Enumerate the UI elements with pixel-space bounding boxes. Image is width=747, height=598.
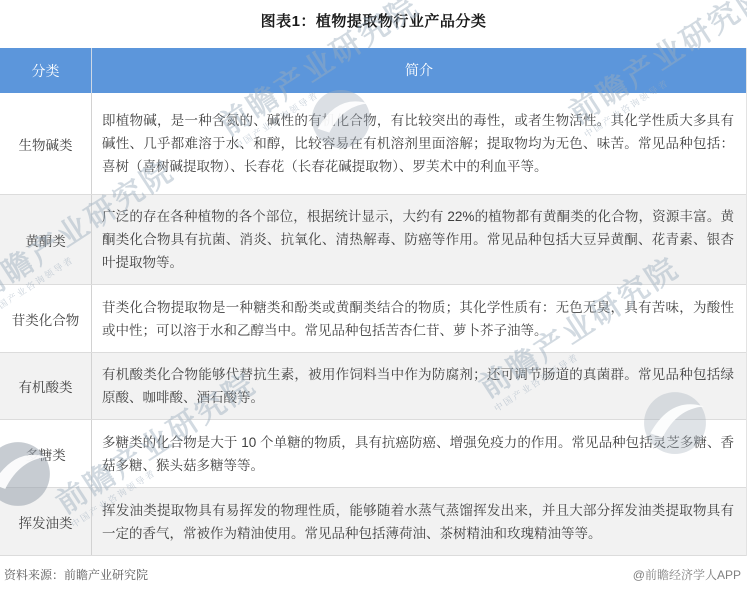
- footer: 资料来源：前瞻产业研究院 @前瞻经济学人APP: [0, 556, 747, 583]
- row-intro: 有机酸类化合物能够代替抗生素，被用作饲料当中作为防腐剂；还可调节肠道的真菌群。常…: [92, 353, 746, 419]
- row-category: 多糖类: [0, 420, 92, 487]
- table-row: 挥发油类 挥发油类提取物具有易挥发的物理性质，能够随着水蒸气蒸馏挥发出来，并且大…: [0, 488, 746, 556]
- row-category: 有机酸类: [0, 353, 92, 419]
- row-intro: 广泛的存在各种植物的各个部位，根据统计显示，大约有 22%的植物都有黄酮类的化合…: [92, 195, 746, 284]
- row-category: 苷类化合物: [0, 285, 92, 352]
- table-row: 苷类化合物 苷类化合物提取物是一种糖类和酚类或黄酮类结合的物质；其化学性质有：无…: [0, 285, 746, 353]
- table-header-row: 分类 简介: [0, 48, 746, 93]
- row-category: 生物碱类: [0, 93, 92, 194]
- figure-page: 图表1：植物提取物行业产品分类 分类 简介 生物碱类 即植物碱，是一种含氮的、碱…: [0, 0, 747, 598]
- row-intro: 多糖类的化合物是大于 10 个单糖的物质，具有抗癌防癌、增强免疫力的作用。常见品…: [92, 420, 746, 487]
- table-row: 黄酮类 广泛的存在各种植物的各个部位，根据统计显示，大约有 22%的植物都有黄酮…: [0, 195, 746, 285]
- row-intro: 即植物碱，是一种含氮的、碱性的有机化合物，有比较突出的毒性，或者生物活性。其化学…: [92, 93, 746, 194]
- row-category: 黄酮类: [0, 195, 92, 284]
- page-title: 图表1：植物提取物行业产品分类: [0, 0, 747, 36]
- table-row: 生物碱类 即植物碱，是一种含氮的、碱性的有机化合物，有比较突出的毒性，或者生物活…: [0, 93, 746, 195]
- header-cell-intro: 简介: [92, 48, 746, 93]
- source-note: 资料来源：前瞻产业研究院: [4, 566, 148, 583]
- credit-note: @前瞻经济学人APP: [633, 566, 741, 583]
- row-intro: 苷类化合物提取物是一种糖类和酚类或黄酮类结合的物质；其化学性质有：无色无臭，具有…: [92, 285, 746, 352]
- header-cell-category: 分类: [0, 48, 92, 93]
- classification-table: 分类 简介 生物碱类 即植物碱，是一种含氮的、碱性的有机化合物，有比较突出的毒性…: [0, 48, 747, 556]
- table-row: 多糖类 多糖类的化合物是大于 10 个单糖的物质，具有抗癌防癌、增强免疫力的作用…: [0, 420, 746, 488]
- table-row: 有机酸类 有机酸类化合物能够代替抗生素，被用作饲料当中作为防腐剂；还可调节肠道的…: [0, 353, 746, 420]
- row-category: 挥发油类: [0, 488, 92, 555]
- row-intro: 挥发油类提取物具有易挥发的物理性质，能够随着水蒸气蒸馏挥发出来，并且大部分挥发油…: [92, 488, 746, 555]
